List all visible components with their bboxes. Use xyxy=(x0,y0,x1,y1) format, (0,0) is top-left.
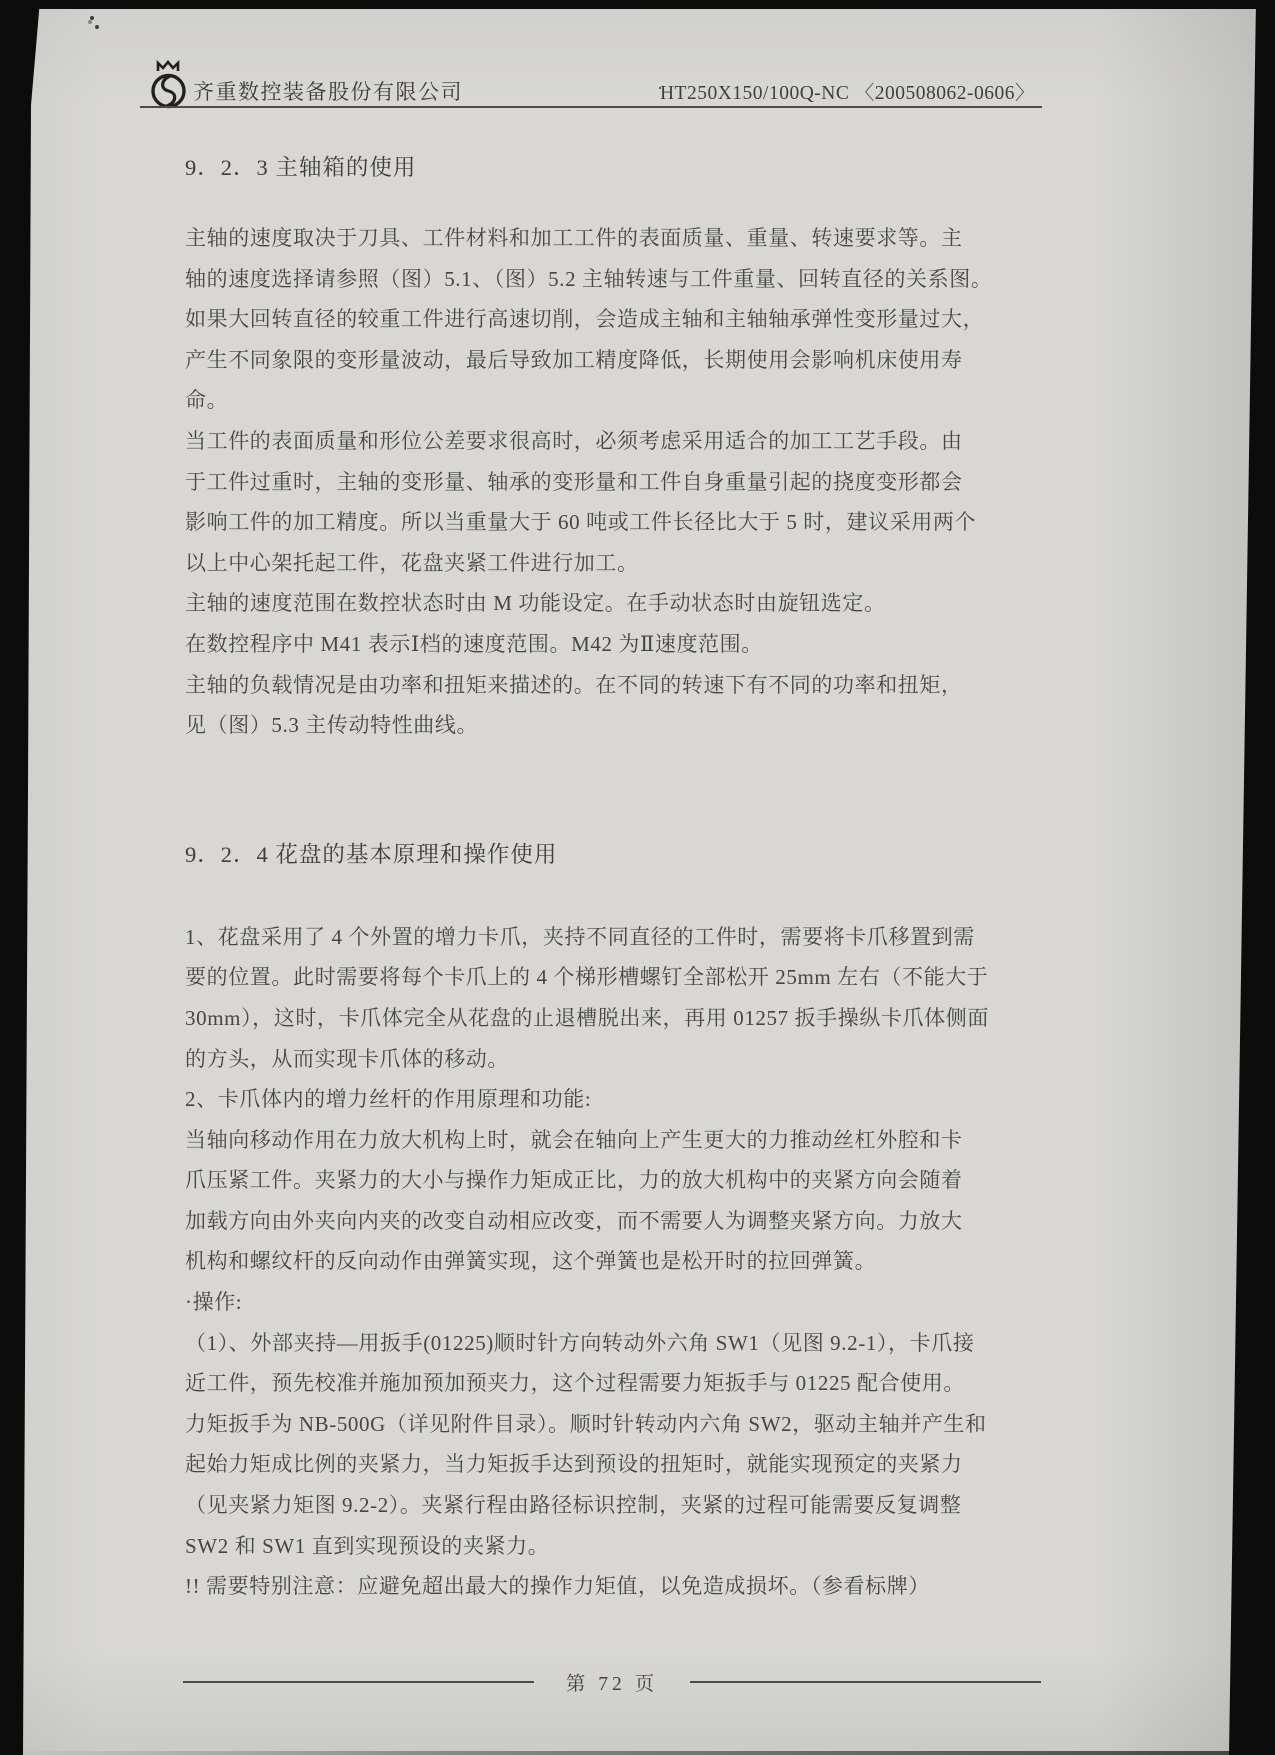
text-line: 产生不同象限的变形量波动，最后导致加工精度降低，长期使用会影响机床使用寿 xyxy=(185,340,1033,381)
text-line: 要的位置。此时需要将每个卡爪上的 4 个梯形槽螺钉全部松开 25mm 左右（不能… xyxy=(185,957,1033,998)
scan-edge-right xyxy=(1227,0,1275,1755)
text-line: 当工件的表面质量和形位公差要求很高时，必须考虑采用适合的加工工艺手段。由 xyxy=(185,421,1033,462)
text-line: ·操作: xyxy=(185,1282,1033,1323)
text-line: 命。 xyxy=(185,380,1033,421)
scanned-manual-page: 齐重数控装备股份有限公司 · HT250X150/100Q-NC 〈200508… xyxy=(0,0,1275,1755)
scan-speck xyxy=(90,16,94,20)
text-line: 主轴的速度取决于刀具、工件材料和加工工件的表面质量、重量、转速要求等。主 xyxy=(185,218,1033,259)
text-line: （见夹紧力矩图 9.2-2）。夹紧行程由路径标识控制，夹紧的过程可能需要反复调整 xyxy=(185,1485,1033,1526)
text-line: 主轴的速度范围在数控状态时由 M 功能设定。在手动状态时由旋钮选定。 xyxy=(185,583,1033,624)
text-line: 的方头，从而实现卡爪体的移动。 xyxy=(185,1039,1033,1080)
scan-edge-bottom xyxy=(0,1751,1275,1755)
text-line: 以上中心架托起工件，花盘夹紧工件进行加工。 xyxy=(185,543,1033,584)
text-line: 在数控程序中 M41 表示Ⅰ档的速度范围。M42 为Ⅱ速度范围。 xyxy=(185,624,1033,665)
text-line: 影响工件的加工精度。所以当重量大于 60 吨或工件长径比大于 5 时，建议采用两… xyxy=(185,502,1033,543)
footer-divider-left xyxy=(183,1681,534,1683)
text-line: 机构和螺纹杆的反向动作由弹簧实现，这个弹簧也是松开时的拉回弹簧。 xyxy=(185,1241,1033,1282)
document-code: HT250X150/100Q-NC 〈200508062-0606〉 xyxy=(660,77,1035,105)
page-footer: 第 72 页 xyxy=(183,1668,1041,1696)
header-divider xyxy=(140,106,1042,108)
text-line: 加载方向由外夹向内夹的改变自动相应改变，而不需要人为调整夹紧方向。力放大 xyxy=(185,1201,1033,1242)
text-line: 力矩扳手为 NB-500G（详见附件目录）。顺时针转动内六角 SW2，驱动主轴并… xyxy=(185,1404,1033,1445)
section-body-924: 1、花盘采用了 4 个外置的增力卡爪，夹持不同直径的工件时，需要将卡爪移置到需要… xyxy=(185,917,1033,1607)
section-heading-923: 9．2．3 主轴箱的使用 xyxy=(185,148,1033,188)
text-line: 主轴的负载情况是由功率和扭矩来描述的。在不同的转速下有不同的功率和扭矩， xyxy=(185,665,1033,706)
text-line: 30mm），这时，卡爪体完全从花盘的止退槽脱出来，再用 01257 扳手操纵卡爪… xyxy=(185,998,1033,1039)
text-line: 2、卡爪体内的增力丝杆的作用原理和功能: xyxy=(185,1079,1033,1120)
text-line: 近工件，预先校准并施加预加预夹力，这个过程需要力矩扳手与 01225 配合使用。 xyxy=(185,1363,1033,1404)
text-line: 轴的速度选择请参照（图）5.1、（图）5.2 主轴转速与工件重量、回转直径的关系… xyxy=(185,259,1033,300)
scan-edge-top xyxy=(0,0,1275,9)
text-line: 爪压紧工件。夹紧力的大小与操作力矩成正比，力的放大机构中的夹紧方向会随着 xyxy=(185,1160,1033,1201)
footer-divider-right xyxy=(690,1681,1041,1683)
text-line: 1、花盘采用了 4 个外置的增力卡爪，夹持不同直径的工件时，需要将卡爪移置到需 xyxy=(185,917,1033,958)
page-number: 第 72 页 xyxy=(566,1668,658,1696)
section-body-923: 主轴的速度取决于刀具、工件材料和加工工件的表面质量、重量、转速要求等。主轴的速度… xyxy=(185,218,1033,746)
text-line: 如果大回转直径的较重工件进行高速切削，会造成主轴和主轴轴承弹性变形量过大， xyxy=(185,299,1033,340)
text-line: 于工件过重时，主轴的变形量、轴承的变形量和工件自身重量引起的挠度变形都会 xyxy=(185,462,1033,503)
text-line: !! 需要特别注意：应避免超出最大的操作力矩值，以免造成损坏。（参看标牌） xyxy=(185,1566,1033,1607)
document-content: 9．2．3 主轴箱的使用 主轴的速度取决于刀具、工件材料和加工工件的表面质量、重… xyxy=(185,140,1033,1607)
text-line: 见（图）5.3 主传动特性曲线。 xyxy=(185,705,1033,746)
text-line: 起始力矩成比例的夹紧力，当力矩扳手达到预设的扭矩时，就能实现预定的夹紧力 xyxy=(185,1444,1033,1485)
company-name: 齐重数控装备股份有限公司 xyxy=(193,76,463,106)
section-heading-924: 9．2．4 花盘的基本原理和操作使用 xyxy=(185,835,1033,875)
text-line: （1）、外部夹持—用扳手(01225)顺时针方向转动外六角 SW1（见图 9.2… xyxy=(185,1323,1033,1364)
text-line: 当轴向移动作用在力放大机构上时，就会在轴向上产生更大的力推动丝杠外腔和卡 xyxy=(185,1120,1033,1161)
scan-edge-left xyxy=(0,0,42,1755)
text-line: SW2 和 SW1 直到实现预设的夹紧力。 xyxy=(185,1526,1033,1567)
